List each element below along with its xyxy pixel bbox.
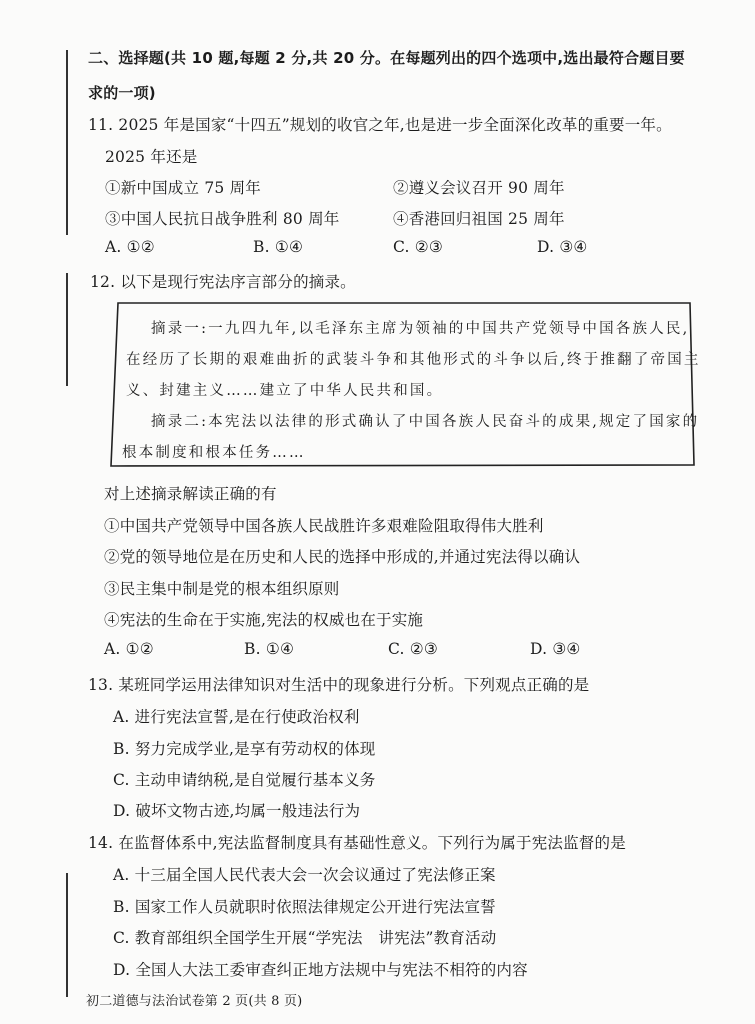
q13-option-c[interactable]: C. 主动申请纳税,是自觉履行基本义务 xyxy=(113,768,375,790)
q14-option-c[interactable]: C. 教育部组织全国学生开展“学宪法 讲宪法”教育活动 xyxy=(113,926,496,948)
q12-statement-4: ④宪法的生命在于实施,宪法的权威也在于实施 xyxy=(104,608,423,630)
q12-statement-3: ③民主集中制是党的根本组织原则 xyxy=(104,577,340,599)
q12-statement-2: ②党的领导地位是在历史和人民的选择中形成的,并通过宪法得以确认 xyxy=(104,545,580,567)
q13-option-b[interactable]: B. 努力完成学业,是享有劳动权的体现 xyxy=(113,737,375,759)
excerpt-line4: 摘录二:本宪法以法律的形式确认了中国各族人民奋斗的成果,规定了国家的 xyxy=(151,410,699,431)
q12-prompt: 对上述摘录解读正确的有 xyxy=(104,482,277,504)
excerpt-line1: 摘录一:一九四九年,以毛泽东主席为领袖的中国共产党领导中国各族人民, xyxy=(151,317,689,338)
q13-option-d[interactable]: D. 破坏文物古迹,均属一般违法行为 xyxy=(113,799,360,821)
q12-statement-1: ①中国共产党领导中国各族人民战胜许多艰难险阻取得伟大胜利 xyxy=(104,514,544,536)
q14-option-a[interactable]: A. 十三届全国人民代表大会一次会议通过了宪法修正案 xyxy=(113,863,496,885)
q12-option-d[interactable]: D. ③④ xyxy=(530,640,581,658)
q13-option-a[interactable]: A. 进行宪法宣誓,是在行使政治权利 xyxy=(113,705,360,727)
q12-option-b[interactable]: B. ①④ xyxy=(244,640,294,658)
page-footer: 初二道德与法治试卷第 2 页(共 8 页) xyxy=(86,990,302,1009)
q14-stem: 14. 在监督体系中,宪法监督制度具有基础性意义。下列行为属于宪法监督的是 xyxy=(88,831,626,853)
q12-option-c[interactable]: C. ②③ xyxy=(388,640,438,658)
q12-option-a[interactable]: A. ①② xyxy=(104,640,154,658)
excerpt-line2: 在经历了长期的艰难曲折的武装斗争和其他形式的斗争以后,终于推翻了帝国主 xyxy=(126,348,701,369)
q14-option-d[interactable]: D. 全国人大法工委审查纠正地方法规中与宪法不相符的内容 xyxy=(113,958,528,980)
q13-stem: 13. 某班同学运用法律知识对生活中的现象进行分析。下列观点正确的是 xyxy=(88,673,589,695)
excerpt-line3: 义、封建主义……建立了中华人民共和国。 xyxy=(126,379,443,400)
excerpt-line5: 根本制度和根本任务…… xyxy=(122,441,306,462)
q14-option-b[interactable]: B. 国家工作人员就职时依照法律规定公开进行宪法宣誓 xyxy=(113,895,496,917)
